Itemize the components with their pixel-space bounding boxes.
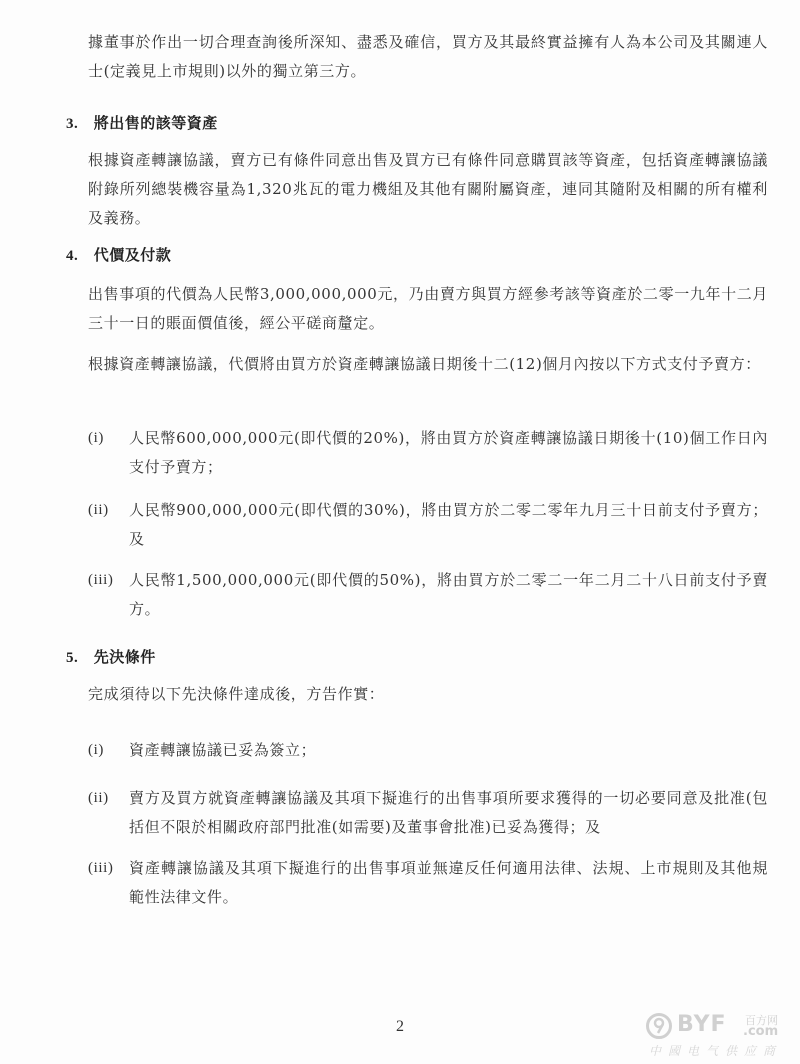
item-text: 資產轉讓協議已妥為簽立； (129, 736, 768, 765)
payment-item-1: (i) 人民幣600,000,000元(即代價的20%)，將由買方於資產轉讓協議… (88, 424, 768, 482)
section-4-paragraph-2: 根據資產轉讓協議，代價將由買方於資產轉讓協議日期後十二(12)個月內按以下方式支… (88, 350, 768, 379)
item-marker: (iii) (88, 566, 114, 595)
item-text: 賣方及買方就資產轉讓協議及其項下擬進行的出售事項所要求獲得的一切必要同意及批准(… (129, 784, 768, 842)
intro-paragraph: 據董事於作出一切合理查詢後所深知、盡悉及確信，買方及其最終實益擁有人為本公司及其… (88, 28, 768, 86)
item-marker: (i) (88, 424, 104, 453)
section-title: 代價及付款 (94, 246, 172, 264)
section-title: 將出售的該等資產 (94, 114, 218, 132)
watermark: BYF 百方网 .com 中國电气供应商 (645, 1010, 795, 1060)
watermark-tagline: 中國电气供应商 (649, 1042, 782, 1059)
item-text: 人民幣600,000,000元(即代價的20%)，將由買方於資產轉讓協議日期後十… (129, 424, 768, 482)
section-3-paragraph: 根據資產轉讓協議，賣方已有條件同意出售及買方已有條件同意購買該等資產，包括資產轉… (88, 146, 768, 233)
section-4-paragraph-1: 出售事項的代價為人民幣3,000,000,000元，乃由賣方與買方經參考該等資產… (88, 280, 768, 338)
section-5-paragraph: 完成須待以下先決條件達成後，方告作實： (88, 680, 768, 709)
item-text: 人民幣1,500,000,000元(即代價的50%)，將由買方於二零二一年二月二… (129, 566, 768, 624)
item-text: 人民幣900,000,000元(即代價的30%)，將由買方於二零二零年九月三十日… (129, 496, 768, 554)
section-5-heading: 5. 先決條件 (66, 646, 156, 667)
condition-item-2: (ii) 賣方及買方就資產轉讓協議及其項下擬進行的出售事項所要求獲得的一切必要同… (88, 784, 768, 842)
item-text: 資產轉讓協議及其項下擬進行的出售事項並無違反任何適用法律、法規、上市規則及其他規… (129, 854, 768, 912)
item-marker: (i) (88, 736, 104, 765)
condition-item-3: (iii) 資產轉讓協議及其項下擬進行的出售事項並無違反任何適用法律、法規、上市… (88, 854, 768, 912)
section-3-heading: 3. 將出售的該等資產 (66, 112, 218, 133)
section-number: 3. (66, 116, 88, 133)
payment-item-2: (ii) 人民幣900,000,000元(即代價的30%)，將由買方於二零二零年… (88, 496, 768, 554)
condition-item-1: (i) 資產轉讓協議已妥為簽立； (88, 736, 768, 765)
section-number: 4. (66, 248, 88, 265)
section-4-heading: 4. 代價及付款 (66, 244, 171, 265)
payment-item-3: (iii) 人民幣1,500,000,000元(即代價的50%)，將由買方於二零… (88, 566, 768, 624)
watermark-brand: BYF (677, 1012, 727, 1037)
page-number: 2 (396, 1018, 404, 1036)
byf-logo-icon (645, 1012, 673, 1040)
section-title: 先決條件 (94, 648, 156, 666)
watermark-domain-suffix: .com (743, 1024, 778, 1039)
item-marker: (ii) (88, 784, 109, 813)
item-marker: (iii) (88, 854, 114, 883)
section-number: 5. (66, 650, 88, 667)
item-marker: (ii) (88, 496, 109, 525)
document-page: 據董事於作出一切合理查詢後所深知、盡悉及確信，買方及其最終實益擁有人為本公司及其… (0, 0, 800, 1064)
